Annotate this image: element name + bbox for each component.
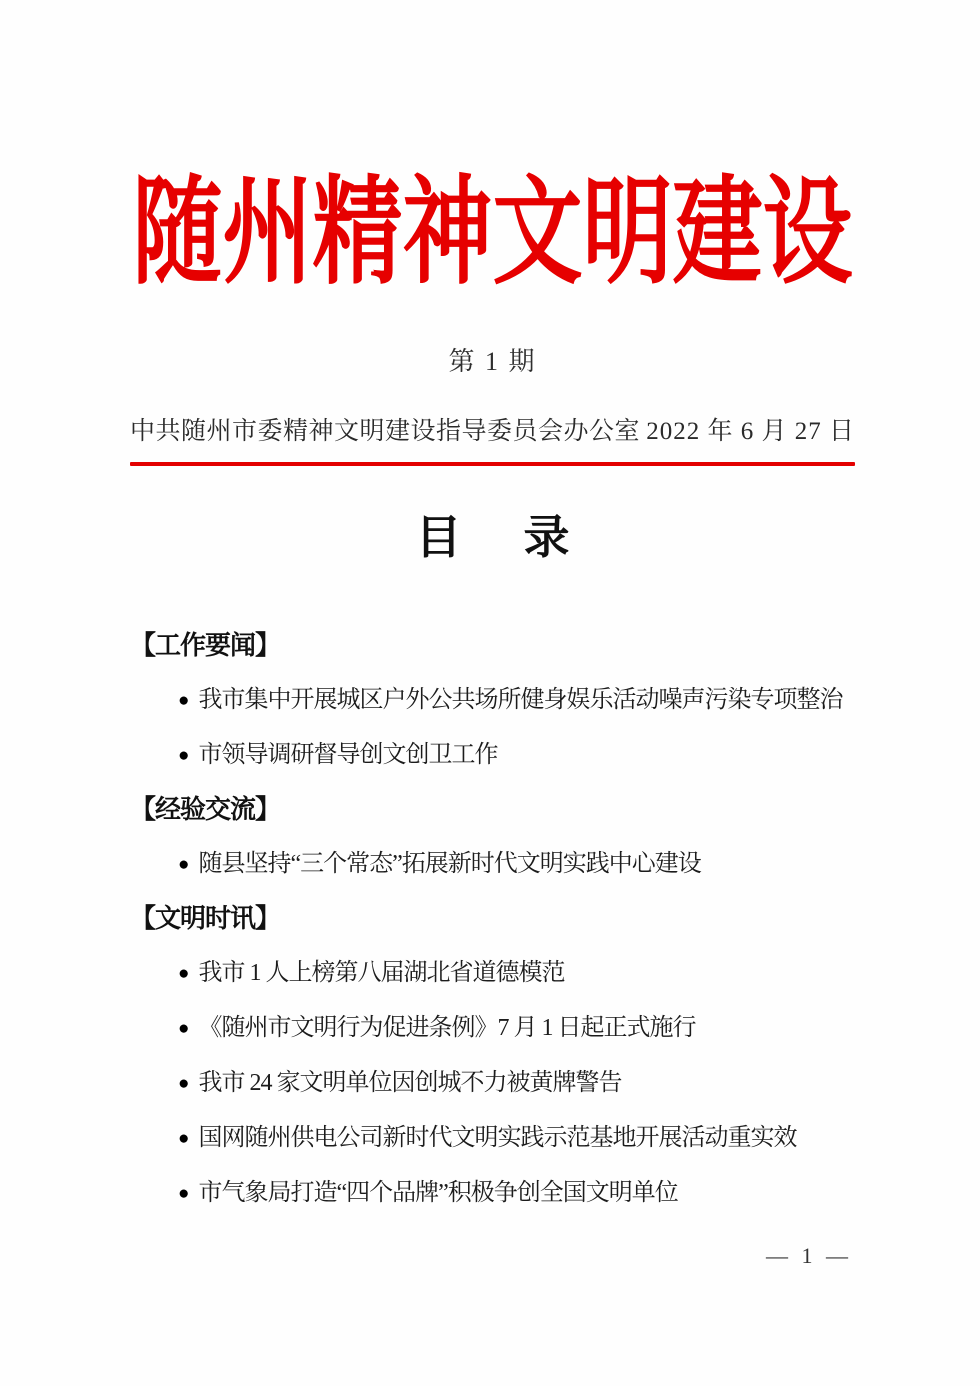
bullet-icon: ● (178, 1178, 189, 1210)
toc-section-header-civilization-news: 【文明时讯】 (130, 903, 855, 935)
toc-item-label: 市气象局打造“四个品牌”积极争创全国文明单位 (198, 1180, 677, 1206)
bullet-icon: ● (178, 1013, 189, 1045)
toc-item: ●市领导调研督导创文创卫工作 (130, 739, 855, 772)
publisher-row: 中共随州市委精神文明建设指导委员会办公室 2022 年 6 月 27 日 (130, 416, 855, 448)
bullet-icon: ● (178, 740, 189, 772)
toc-item: ●随县坚持“三个常态”拓展新时代文明实践中心建设 (130, 848, 855, 881)
table-of-contents: 【工作要闻】 ●我市集中开展城区户外公共场所健身娱乐活动噪声污染专项整治 ●市领… (130, 630, 855, 1210)
toc-item-label: 我市集中开展城区户外公共场所健身娱乐活动噪声污染专项整治 (198, 687, 842, 713)
toc-item: ●国网随州供电公司新时代文明实践示范基地开展活动重实效 (130, 1122, 855, 1155)
toc-item: ●我市 24 家文明单位因创城不力被黄牌警告 (130, 1067, 855, 1100)
issue-number: 第 1 期 (130, 346, 855, 378)
bullet-icon: ● (178, 1068, 189, 1100)
toc-item-label: 国网随州供电公司新时代文明实践示范基地开展活动重实效 (198, 1125, 796, 1151)
bullet-icon: ● (178, 685, 189, 717)
bullet-icon: ● (178, 1123, 189, 1155)
toc-item-label: 市领导调研督导创文创卫工作 (198, 742, 497, 768)
toc-item-label: 《随州市文明行为促进条例》7 月 1 日起正式施行 (198, 1015, 695, 1041)
page-number: — 1 — (766, 1243, 852, 1269)
toc-item: ●《随州市文明行为促进条例》7 月 1 日起正式施行 (130, 1012, 855, 1045)
bullet-icon: ● (178, 958, 189, 990)
bullet-icon: ● (178, 849, 189, 881)
toc-section-header-work-news: 【工作要闻】 (130, 630, 855, 662)
toc-item-label: 我市 24 家文明单位因创城不力被黄牌警告 (198, 1070, 621, 1096)
document-page: 随州精神文明建设 第 1 期 中共随州市委精神文明建设指导委员会办公室 2022… (0, 0, 980, 1386)
toc-item: ●我市集中开展城区户外公共场所健身娱乐活动噪声污染专项整治 (130, 684, 855, 717)
toc-heading: 目录 (130, 512, 855, 564)
masthead-title: 随州精神文明建设 (130, 151, 855, 320)
issue-date: 2022 年 6 月 27 日 (646, 416, 855, 448)
publisher-name: 中共随州市委精神文明建设指导委员会办公室 (130, 416, 640, 448)
toc-item: ●市气象局打造“四个品牌”积极争创全国文明单位 (130, 1177, 855, 1210)
toc-item-label: 我市 1 人上榜第八届湖北省道德模范 (198, 960, 564, 986)
toc-item-label: 随县坚持“三个常态”拓展新时代文明实践中心建设 (198, 851, 700, 877)
toc-item: ●我市 1 人上榜第八届湖北省道德模范 (130, 957, 855, 990)
toc-section-header-experience-exchange: 【经验交流】 (130, 794, 855, 826)
divider-rule (130, 462, 855, 466)
